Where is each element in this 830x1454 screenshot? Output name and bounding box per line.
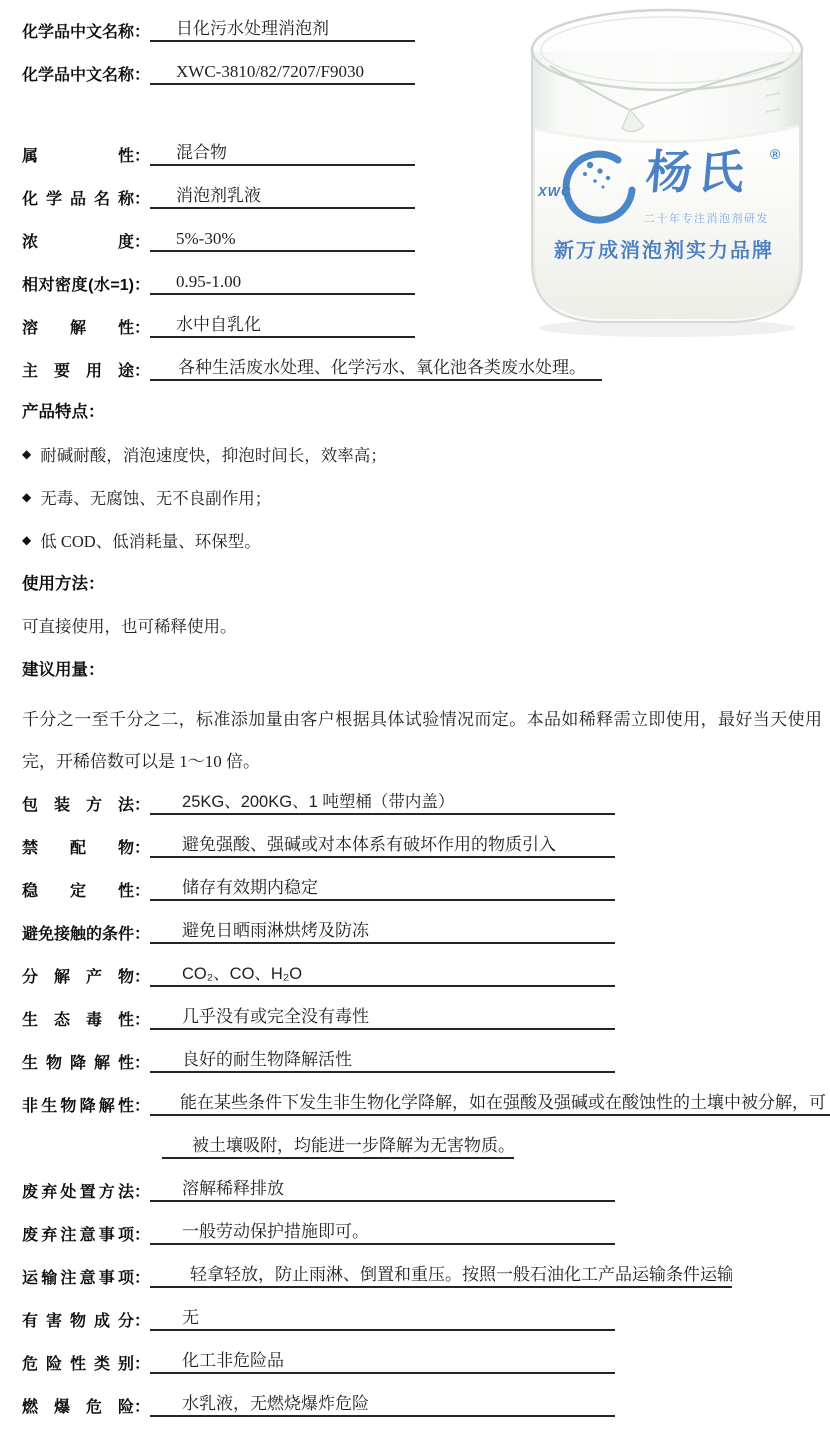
label-colon: ： — [134, 1222, 150, 1245]
field-label: 燃爆危险： — [22, 1394, 150, 1417]
field-value: 化工非危险品 — [150, 1346, 615, 1374]
label-colon: ： — [134, 1351, 150, 1374]
label-colon: ： — [134, 143, 150, 166]
spec-sheet-page: 化学品中文名称： 日化污水处理消泡剂 化学品中文名称： XWC-3810/82/… — [0, 0, 830, 1454]
field-value: 避免强酸、强碱或对本体系有破坏作用的物质引入 — [150, 830, 615, 858]
feature-text: 无毒、无腐蚀、无不良副作用； — [40, 485, 271, 509]
usage-method-text: 可直接使用，也可稀释使用。 — [22, 613, 830, 639]
label-colon: ： — [134, 835, 150, 858]
field-value: 日化污水处理消泡剂 — [150, 14, 415, 42]
field-label: 生态毒性： — [22, 1007, 150, 1030]
field-value: 水中自乳化 — [150, 310, 415, 338]
feature-text: 低 COD、低消耗量、环保型。 — [40, 528, 260, 552]
label-colon: ： — [134, 229, 150, 252]
brand-name: 杨氏 — [644, 150, 752, 196]
label-colon: ： — [134, 19, 150, 42]
field-label: 禁配物： — [22, 835, 150, 858]
field-value: 混合物 — [150, 138, 415, 166]
slogan-small: 二十年专注消泡剂研发 — [644, 210, 769, 226]
field-label: 包装方法： — [22, 792, 150, 815]
label-colon: ： — [134, 792, 150, 815]
field-value: 无 — [150, 1303, 615, 1331]
biodegradability-row: 生物降解性： 良好的耐生物降解活性 — [22, 1047, 830, 1073]
label-colon: ： — [134, 921, 150, 944]
label-colon: ： — [134, 964, 150, 987]
slogan-main: 新万成消泡剂实力品牌 — [504, 234, 824, 263]
label-colon: ： — [134, 878, 150, 901]
label-colon: ： — [134, 62, 150, 85]
field-label: 有害物成分： — [22, 1308, 150, 1331]
field-value: 5%-30% — [150, 229, 415, 252]
field-value: 几乎没有或完全没有毒性 — [150, 1002, 615, 1030]
forbidden-materials-row: 禁配物： 避免强酸、强碱或对本体系有破坏作用的物质引入 — [22, 832, 830, 858]
feature-item: ◆ 耐碱耐酸，消泡速度快，抑泡时间长，效率高； — [22, 441, 830, 467]
field-label: 分解产物： — [22, 964, 150, 987]
field-label: 浓度： — [22, 229, 150, 252]
disposal-notes-row: 废弃注意事项： 一般劳动保护措施即可。 — [22, 1219, 830, 1245]
explosion-hazard-row: 燃爆危险： 水乳液，无燃烧爆炸危险 — [22, 1391, 830, 1417]
field-label: 溶解性： — [22, 315, 150, 338]
field-value: 一般劳动保护措施即可。 — [150, 1217, 615, 1245]
usage-method-heading: 使用方法： — [22, 570, 830, 596]
main-usage-row: 主要用途： 各种生活废水处理、化学污水、氧化池各类废水处理。 — [22, 355, 830, 381]
label-colon: ： — [134, 186, 150, 209]
field-value: 良好的耐生物降解活性 — [150, 1045, 615, 1073]
field-value: CO₂、CO、H₂O — [150, 960, 615, 987]
diamond-bullet-icon: ◆ — [22, 533, 31, 548]
dosage-heading: 建议用量： — [22, 656, 830, 682]
field-value: 能在某些条件下发生非生物化学降解，如在强酸及强碱或在酸蚀性的土壤中被分解，可 — [150, 1088, 830, 1116]
harmful-components-row: 有害物成分： 无 — [22, 1305, 830, 1331]
eco-toxicity-row: 生态毒性： 几乎没有或完全没有毒性 — [22, 1004, 830, 1030]
label-colon: ： — [134, 1007, 150, 1030]
disposal-method-row: 废弃处置方法： 溶解稀释排放 — [22, 1176, 830, 1202]
field-label: 相对密度(水=1)： — [22, 272, 150, 295]
field-value: 避免日晒雨淋烘烤及防冻 — [150, 916, 615, 944]
product-features-heading: 产品特点： — [22, 398, 830, 424]
field-value: 储存有效期内稳定 — [150, 873, 615, 901]
decomposition-products-row: 分解产物： CO₂、CO、H₂O — [22, 961, 830, 987]
field-label: 主要用途： — [22, 358, 150, 381]
field-value: 被土壤吸附，均能进一步降解为无害物质。 — [162, 1131, 514, 1159]
hazard-category-row: 危险性类别： 化工非危险品 — [22, 1348, 830, 1374]
beaker-photo: XWC 杨氏 ® 二十年专注消泡剂研发 新万成消泡剂实力品牌 — [504, 4, 824, 340]
diamond-bullet-icon: ◆ — [22, 490, 31, 505]
brand-logo: XWC 杨氏 ® 二十年专注消泡剂研发 新万成消泡剂实力品牌 — [504, 4, 824, 340]
field-label: 化学品中文名称： — [22, 62, 150, 85]
field-value: 溶解稀释排放 — [150, 1174, 615, 1202]
packing-method-row: 包装方法： 25KG、200KG、1 吨塑桶（带内盖） — [22, 789, 830, 815]
field-value: 水乳液，无燃烧爆炸危险 — [150, 1389, 615, 1417]
non-biodegradability-continuation-row: 被土壤吸附，均能进一步降解为无害物质。 — [22, 1133, 830, 1159]
label-colon: ： — [134, 1050, 150, 1073]
label-colon: ： — [134, 1093, 150, 1116]
label-colon: ： — [134, 1179, 150, 1202]
field-label: 稳定性： — [22, 878, 150, 901]
diamond-bullet-icon: ◆ — [22, 447, 31, 462]
field-label: 运输注意事项： — [22, 1265, 150, 1288]
label-colon: ： — [134, 272, 150, 295]
field-value: XWC-3810/82/7207/F9030 — [150, 62, 415, 85]
field-label: 属性： — [22, 143, 150, 166]
stability-row: 稳定性： 储存有效期内稳定 — [22, 875, 830, 901]
field-label: 化学品中文名称： — [22, 19, 150, 42]
field-value: 消泡剂乳液 — [150, 181, 415, 209]
feature-item: ◆ 无毒、无腐蚀、无不良副作用； — [22, 484, 830, 510]
field-value: 25KG、200KG、1 吨塑桶（带内盖） — [150, 788, 615, 815]
field-value: 0.95-1.00 — [150, 272, 415, 295]
field-label: 非生物降解性： — [22, 1093, 150, 1116]
feature-item: ◆ 低 COD、低消耗量、环保型。 — [22, 527, 830, 553]
field-value: 轻拿轻放，防止雨淋、倒置和重压。按照一般石油化工产品运输条件运输。 — [150, 1260, 732, 1288]
label-colon: ： — [134, 315, 150, 338]
xwc-text: XWC — [538, 184, 571, 199]
field-label: 废弃处置方法： — [22, 1179, 150, 1202]
field-label: 危险性类别： — [22, 1351, 150, 1374]
field-label: 废弃注意事项： — [22, 1222, 150, 1245]
transport-notes-row: 运输注意事项： 轻拿轻放，防止雨淋、倒置和重压。按照一般石油化工产品运输条件运输… — [22, 1262, 830, 1288]
field-label: 避免接触的条件： — [22, 921, 150, 944]
label-colon: ： — [134, 1394, 150, 1417]
registered-mark-icon: ® — [770, 146, 780, 162]
dosage-text: 千分之一至千分之二，标准添加量由客户根据具体试验情况而定。本品如稀释需立即使用，… — [22, 699, 822, 783]
field-label: 生物降解性： — [22, 1050, 150, 1073]
non-biodegradability-row: 非生物降解性： 能在某些条件下发生非生物化学降解，如在强酸及强碱或在酸蚀性的土壤… — [22, 1090, 830, 1116]
field-label: 化学品名称： — [22, 186, 150, 209]
feature-text: 耐碱耐酸，消泡速度快，抑泡时间长，效率高； — [40, 442, 387, 466]
field-value: 各种生活废水处理、化学污水、氧化池各类废水处理。 — [150, 353, 602, 381]
label-colon: ： — [134, 358, 150, 381]
label-colon: ： — [134, 1265, 150, 1288]
label-colon: ： — [134, 1308, 150, 1331]
avoid-contact-row: 避免接触的条件： 避免日晒雨淋烘烤及防冻 — [22, 918, 830, 944]
